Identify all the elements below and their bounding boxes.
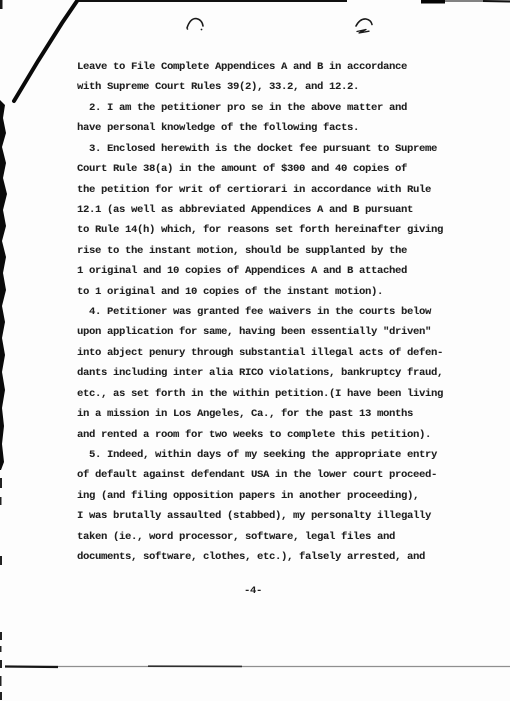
page-number: -4- <box>0 585 506 597</box>
document-line: etc., as set forth in the within petitio… <box>77 384 477 404</box>
document-line: 4. Petitioner was granted fee waivers in… <box>77 302 477 322</box>
page-bottom-edge-line <box>5 666 510 667</box>
page-edge-artifact-top <box>0 0 510 9</box>
staple-mark-left-icon <box>187 19 203 31</box>
document-line: into abject penury through substantial i… <box>77 343 477 363</box>
document-line: to Rule 14(h) which, for reasons set for… <box>77 220 477 240</box>
document-line: documents, software, clothes, etc.), fal… <box>77 547 477 567</box>
document-line: 12.1 (as well as abbreviated Appendices … <box>77 200 477 220</box>
document-line: to 1 original and 10 copies of the insta… <box>77 282 477 302</box>
document-line: ing (and filing opposition papers in ano… <box>77 486 477 506</box>
document-line: rise to the instant motion, should be su… <box>77 241 477 261</box>
document-line: Leave to File Complete Appendices A and … <box>77 57 477 77</box>
document-body-text: Leave to File Complete Appendices A and … <box>77 57 477 568</box>
document-line: taken (ie., word processor, software, le… <box>77 527 477 547</box>
document-line: upon application for same, having been e… <box>77 322 477 342</box>
document-line: have personal knowledge of the following… <box>77 118 477 138</box>
document-line: the petition for writ of certiorari in a… <box>77 180 477 200</box>
document-line: 1 original and 10 copies of Appendices A… <box>77 261 477 281</box>
document-line: 3. Enclosed herewith is the docket fee p… <box>77 139 477 159</box>
document-line: dants including inter alia RICO violatio… <box>77 363 477 383</box>
document-line: I was brutally assaulted (stabbed), my p… <box>77 506 477 526</box>
page-edge-artifact-left <box>0 100 7 470</box>
document-line: and rented a room for two weeks to compl… <box>77 425 477 445</box>
document-line: Court Rule 38(a) in the amount of $300 a… <box>77 159 477 179</box>
document-line: with Supreme Court Rules 39(2), 33.2, an… <box>77 77 477 97</box>
page-corner-fold-artifact <box>14 1 77 101</box>
document-line: in a mission in Los Angeles, Ca., for th… <box>77 404 477 424</box>
staple-mark-right-icon <box>356 19 372 33</box>
document-line: 5. Indeed, within days of my seeking the… <box>77 445 477 465</box>
document-line: 2. I am the petitioner pro se in the abo… <box>77 98 477 118</box>
document-line: of default against defendant USA in the … <box>77 465 477 485</box>
scanned-document-page: Leave to File Complete Appendices A and … <box>0 0 510 701</box>
